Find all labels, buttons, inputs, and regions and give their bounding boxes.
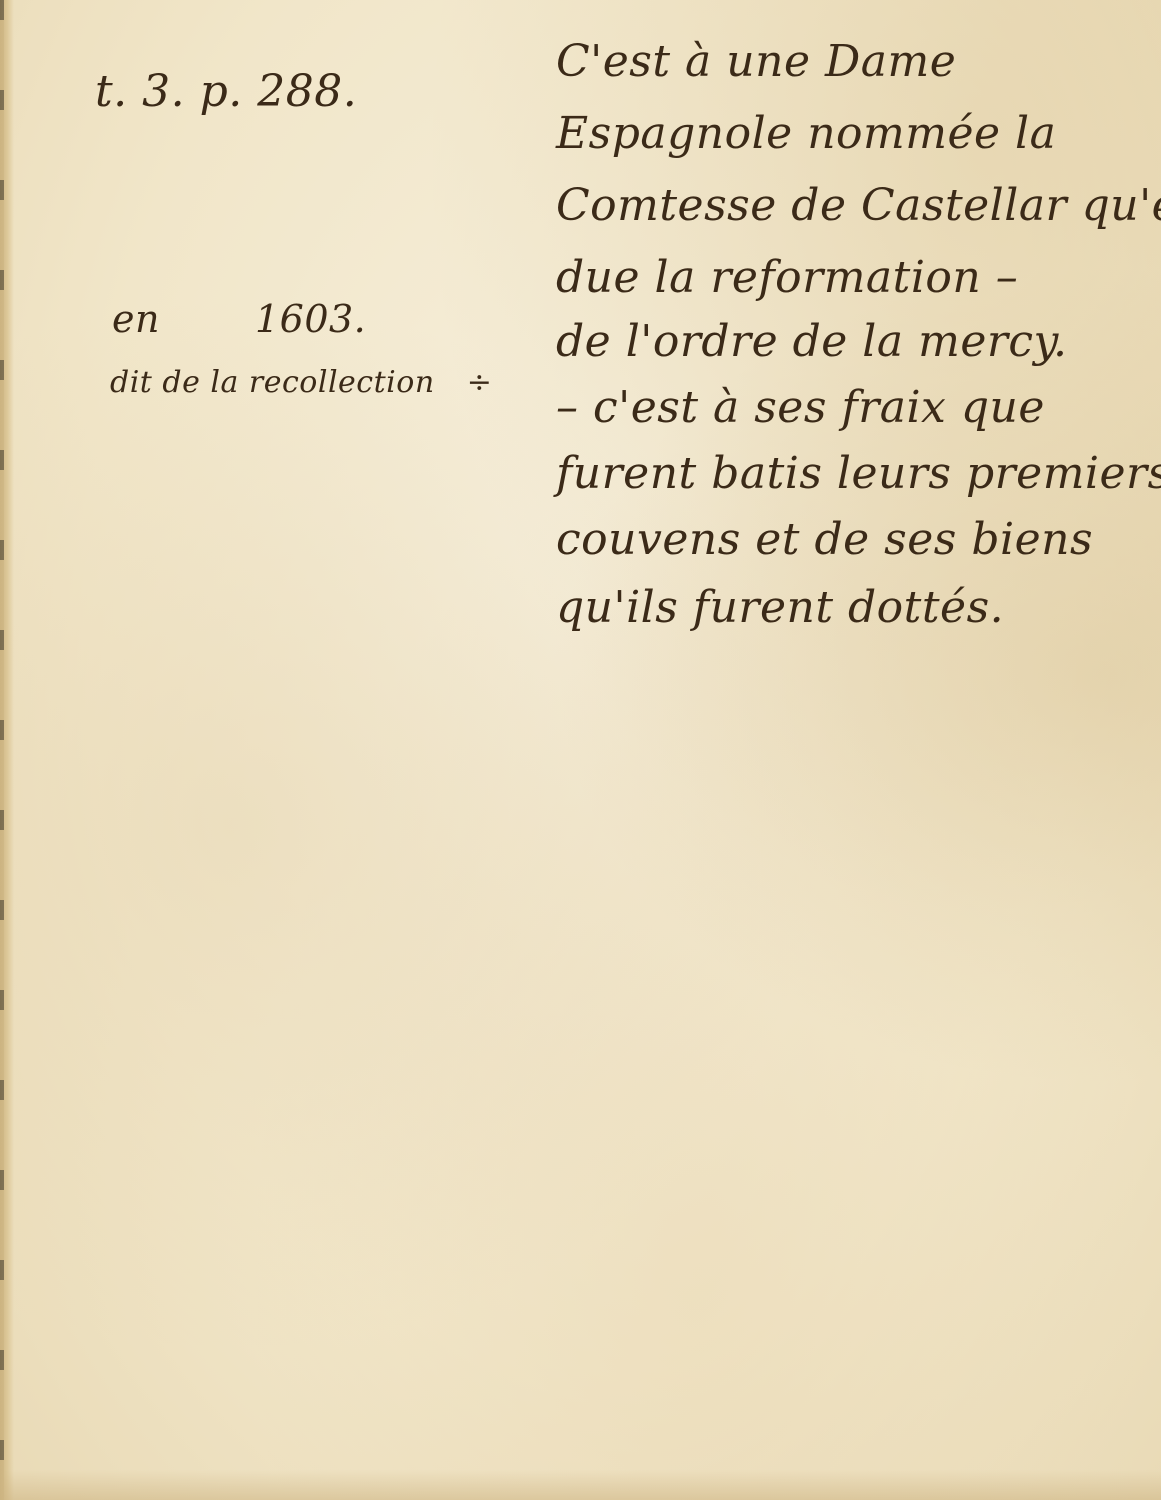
- text-line: de l'ordre de la mercy.: [556, 320, 1068, 364]
- margin-annotation-text: dit de la recollection: [110, 365, 435, 400]
- text-line: Comtesse de Castellar qu'est: [556, 184, 1161, 228]
- insertion-mark: ÷: [467, 365, 493, 400]
- text-line: Espagnole nommée la: [556, 112, 1056, 156]
- year-prefix: en: [112, 297, 160, 341]
- margin-annotation: dit de la recollection ÷: [110, 368, 492, 398]
- paper-left-edge: [0, 0, 14, 1500]
- text-line: couvens et de ses biens: [556, 518, 1093, 562]
- text-line: due la reformation –: [556, 256, 1018, 300]
- paper-bottom-edge: [0, 1470, 1161, 1500]
- text-line: – c'est à ses fraix que: [556, 386, 1045, 430]
- year: 1603.: [255, 297, 366, 341]
- text-line: furent batis leurs premiers: [556, 452, 1161, 496]
- manuscript-page: t. 3. p. 288. en1603. dit de la recollec…: [0, 0, 1161, 1500]
- volume-page-reference: t. 3. p. 288.: [95, 70, 357, 114]
- text-line: qu'ils furent dottés.: [556, 586, 1004, 630]
- text-line: C'est à une Dame: [556, 40, 956, 84]
- margin-year-note: en1603.: [112, 300, 366, 338]
